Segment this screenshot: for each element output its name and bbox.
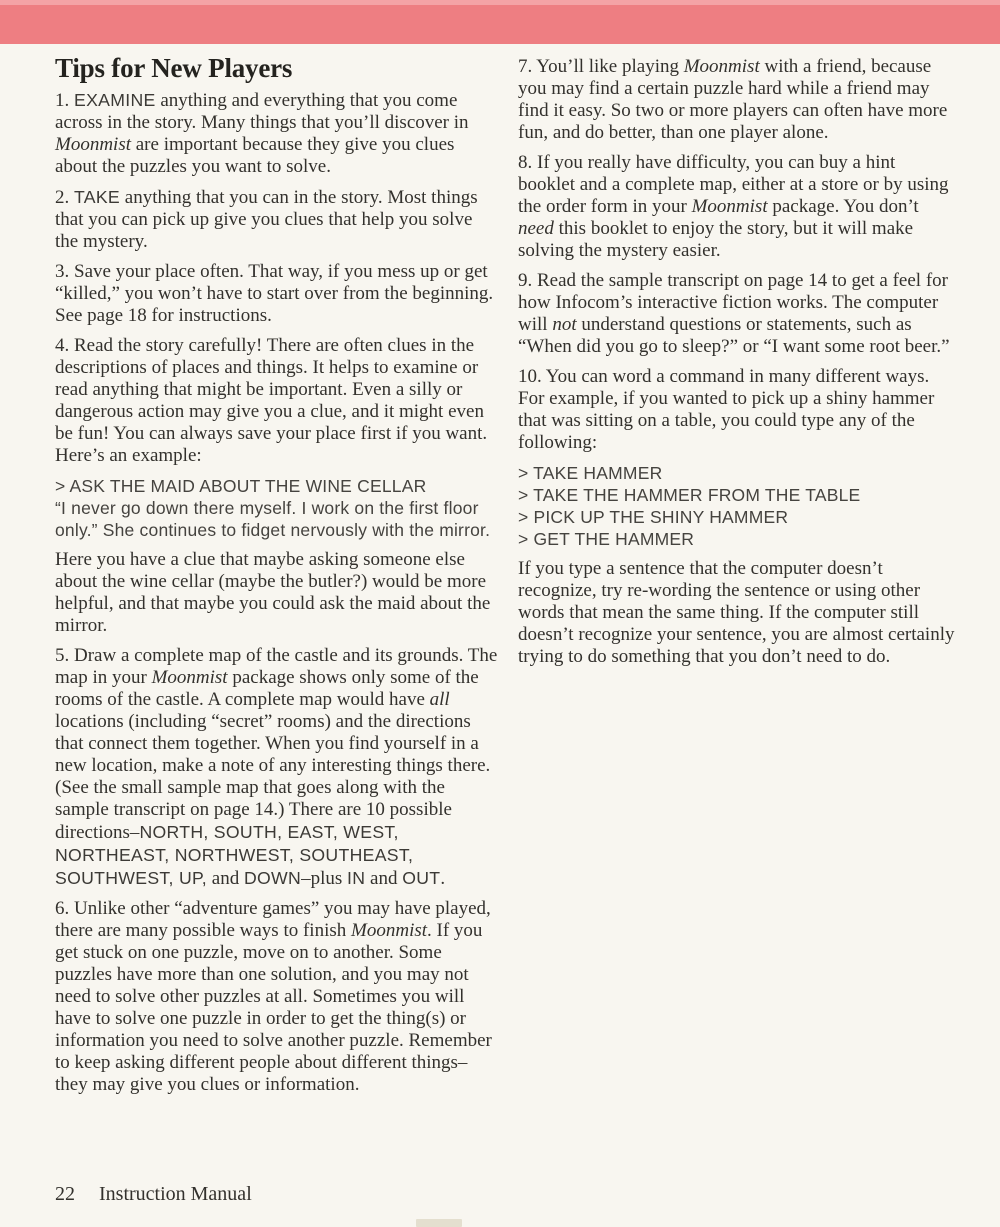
header-color-bar — [0, 0, 1000, 44]
italic-text: Moonmist — [684, 56, 760, 77]
paragraph: 8. If you really have difficulty, you ca… — [518, 152, 956, 262]
left-column: Tips for New Players 1. EXAMINE anything… — [55, 52, 499, 1104]
page-title: Tips for New Players — [55, 52, 499, 84]
page-footer: 22Instruction Manual — [55, 1183, 252, 1206]
transcript-line: > ASK THE MAID ABOUT THE WINE CELLAR — [55, 475, 499, 497]
transcript-line: > GET THE HAMMER — [518, 528, 956, 550]
manual-page: Tips for New Players 1. EXAMINE anything… — [0, 0, 1000, 1227]
transcript-line: “I never go down there myself. I work on… — [55, 497, 499, 541]
paragraph: Here you have a clue that maybe asking s… — [55, 549, 499, 637]
left-column-blocks: 1. EXAMINE anything and everything that … — [55, 89, 499, 1096]
italic-text: Moonmist — [152, 667, 228, 688]
command-text: DOWN — [244, 868, 301, 888]
command-text: EXAMINE — [74, 90, 156, 110]
command-text: IN — [347, 868, 365, 888]
command-text: TAKE — [74, 187, 120, 207]
paragraph: 9. Read the sample transcript on page 14… — [518, 270, 956, 358]
paragraph: If you type a sentence that the computer… — [518, 558, 956, 668]
footer-page-number: 22 — [55, 1183, 75, 1205]
transcript-line: > TAKE HAMMER — [518, 462, 956, 484]
paragraph: 4. Read the story carefully! There are o… — [55, 335, 499, 467]
paragraph: 3. Save your place often. That way, if y… — [55, 261, 499, 327]
footer-section-label: Instruction Manual — [99, 1183, 252, 1205]
paragraph: 10. You can word a command in many diffe… — [518, 366, 956, 454]
italic-text: Moonmist — [55, 134, 131, 155]
transcript-line: > TAKE THE HAMMER FROM THE TABLE — [518, 484, 956, 506]
italic-text: all — [430, 689, 450, 710]
paragraph: 7. You’ll like playing Moonmist with a f… — [518, 56, 956, 144]
paragraph: 6. Unlike other “adventure games” you ma… — [55, 898, 499, 1096]
paragraph: 5. Draw a complete map of the castle and… — [55, 645, 499, 890]
paragraph: 2. TAKE anything that you can in the sto… — [55, 186, 499, 253]
italic-text: Moon­mist — [351, 920, 427, 941]
command-text: OUT — [402, 868, 440, 888]
italic-text: not — [552, 314, 576, 335]
right-column: 7. You’ll like playing Moonmist with a f… — [518, 56, 956, 676]
italic-text: need — [518, 218, 554, 239]
bottom-edge-mark — [416, 1219, 462, 1227]
paragraph: 1. EXAMINE anything and everything that … — [55, 89, 499, 178]
italic-text: Moonmist — [692, 196, 768, 217]
transcript-line: > PICK UP THE SHINY HAMMER — [518, 506, 956, 528]
right-column-blocks: 7. You’ll like playing Moonmist with a f… — [518, 56, 956, 668]
